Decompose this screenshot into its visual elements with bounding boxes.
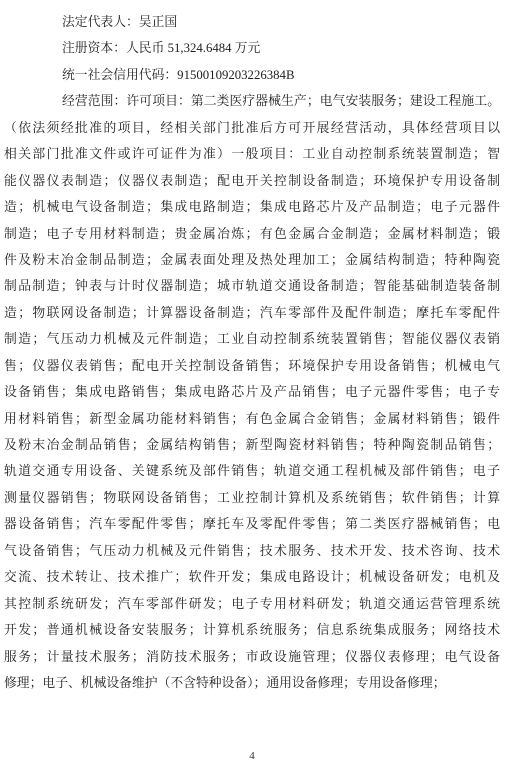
business-scope-line: （依法须经批准的项目，经相关部门批准后方可开展经营活动，具体经营项目以	[4, 115, 500, 141]
business-scope-line: 器设备销售；汽车零配件零售；摩托车及零配件零售；第二类医疗器械销售；电	[4, 511, 500, 537]
legal-representative-line: 法定代表人：吴正国	[4, 9, 500, 35]
page-number: 4	[4, 750, 500, 762]
unified-social-credit-code-line: 统一社会信用代码：91500109203226384B	[4, 62, 500, 88]
business-scope-line: 气设备销售；气压动力机械及元件销售；技术服务、技术开发、技术咨询、技术	[4, 538, 500, 564]
registered-capital-label: 注册资本：	[62, 41, 126, 55]
business-scope-line: 设备销售；集成电路销售；集成电路芯片及产品销售；电子元器件零售；电子专	[4, 379, 500, 405]
business-scope-line: 交流、技术转让、技术推广；软件开发；集成电路设计；机械设备研发；电机及	[4, 564, 500, 590]
business-scope-line: 修理；电子、机械设备维护（不含特种设备）；通用设备修理；专用设备修理；	[4, 670, 500, 696]
unified-social-credit-code-value: 91500109203226384B	[177, 68, 294, 82]
business-scope-line: 服务；计量技术服务；消防技术服务；市政设施管理；仪器仪表修理；电气设备	[4, 644, 500, 670]
business-scope-line: 及粉末冶金制品销售；金属结构销售；新型陶瓷材料销售；特种陶瓷制品销售；	[4, 432, 500, 458]
business-scope-line: 件及粉末冶金制品制造；金属表面处理及热处理加工；金属结构制造；特种陶瓷	[4, 247, 500, 273]
business-scope-line: 测量仪器销售；物联网设备销售；工业控制计算机及系统销售；软件销售；计算	[4, 485, 500, 511]
business-scope-line: 造；机械电气设备制造；集成电路制造；集成电路芯片及产品制造；电子元器件	[4, 194, 500, 220]
legal-representative-label: 法定代表人：	[62, 15, 139, 29]
business-scope-line: 相关部门批准文件或许可证件为准）一般项目：工业自动控制系统装置制造；智	[4, 141, 500, 167]
registered-capital-line: 注册资本：人民币 51,324.6484 万元	[4, 35, 500, 61]
business-scope-line: 售；仪器仪表销售；配电开关控制设备销售；环境保护专用设备销售；机械电气	[4, 353, 500, 379]
legal-representative-value: 吴正国	[139, 15, 177, 29]
business-scope-line: 制造；气压动力机械及元件制造；工业自动控制系统装置销售；智能仪器仪表销	[4, 326, 500, 352]
registered-capital-value: 人民币 51,324.6484 万元	[126, 41, 260, 55]
business-scope-line: 制品制造；钟表与计时仪器制造；城市轨道交通设备制造；智能基础制造装备制	[4, 273, 500, 299]
business-scope-line: 造；物联网设备制造；计算器设备制造；汽车零部件及配件制造；摩托车零配件	[4, 300, 500, 326]
business-scope-line: 经营范围：许可项目：第二类医疗器械生产；电气安装服务；建设工程施工。	[4, 88, 500, 114]
business-scope-line: 开发；普通机械设备安装服务；计算机系统服务；信息系统集成服务；网络技术	[4, 617, 500, 643]
business-scope-line: 用材料销售；新型金属功能材料销售；有色金属合金销售；金属材料销售；锻件	[4, 406, 500, 432]
business-scope-paragraph: 经营范围：许可项目：第二类医疗器械生产；电气安装服务；建设工程施工。（依法须经批…	[4, 88, 500, 696]
unified-social-credit-code-label: 统一社会信用代码：	[62, 68, 177, 82]
business-scope-line: 制造；电子专用材料制造；贵金属冶炼；有色金属合金制造；金属材料制造；锻	[4, 221, 500, 247]
business-scope-line: 轨道交通专用设备、关键系统及部件销售；轨道交通工程机械及部件销售；电子	[4, 458, 500, 484]
business-scope-line: 能仪器仪表制造；仪器仪表制造；配电开关控制设备制造；环境保护专用设备制	[4, 168, 500, 194]
business-scope-line: 其控制系统研发；汽车零部件研发；电子专用材料研发；轨道交通运营管理系统	[4, 591, 500, 617]
document-page: 法定代表人：吴正国 注册资本：人民币 51,324.6484 万元 统一社会信用…	[0, 0, 511, 777]
